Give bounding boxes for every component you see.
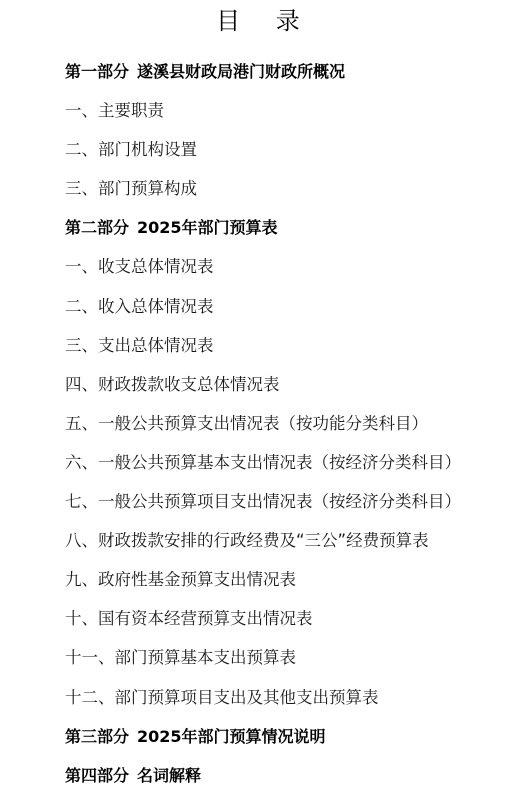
toc-item-table-1[interactable]: 一、收支总体情况表: [65, 254, 518, 293]
toc-item-number: 三、: [65, 179, 98, 198]
toc-item-table-10[interactable]: 十、国有资本经营预算支出情况表: [65, 606, 518, 645]
toc-part-number: 第一部分: [65, 62, 129, 81]
toc-item-number: 六、: [65, 453, 98, 472]
toc-item-title: 财政拨款安排的行政经费及“三公”经费预算表: [98, 531, 429, 550]
toc-item-table-12[interactable]: 十二、部门预算项目支出及其他支出预算表: [65, 685, 518, 724]
toc-part-title: 2025年部门预算表: [137, 218, 278, 237]
toc-item-number: 二、: [65, 297, 98, 316]
toc-item-table-9[interactable]: 九、政府性基金预算支出情况表: [65, 567, 518, 606]
toc-part-3[interactable]: 第三部分2025年部门预算情况说明: [65, 724, 518, 763]
toc-item-number: 七、: [65, 492, 98, 511]
toc-item-number: 九、: [65, 570, 98, 589]
toc-item-title: 部门预算构成: [98, 179, 197, 198]
toc-item-title: 收支总体情况表: [98, 257, 214, 276]
toc-item-number: 十一、: [65, 648, 115, 667]
toc-item-title: 一般公共预算项目支出情况表（按经济分类科目）: [98, 492, 461, 511]
toc-part-2[interactable]: 第二部分2025年部门预算表: [65, 215, 518, 254]
toc-part-title: 名词解释: [137, 766, 201, 785]
toc-item-title: 收入总体情况表: [98, 297, 214, 316]
toc-item-org-structure[interactable]: 二、部门机构设置: [65, 137, 518, 176]
toc-item-title: 一般公共预算支出情况表（按功能分类科目）: [98, 414, 428, 433]
toc-part-4[interactable]: 第四部分名词解释: [65, 763, 518, 802]
toc-item-table-5[interactable]: 五、一般公共预算支出情况表（按功能分类科目）: [65, 411, 518, 450]
toc-part-title: 2025年部门预算情况说明: [137, 727, 326, 746]
page-title: 目 录: [0, 4, 518, 38]
toc-item-number: 十二、: [65, 688, 115, 707]
toc-item-number: 二、: [65, 140, 98, 159]
toc-item-title: 主要职责: [98, 101, 164, 120]
toc-item-table-3[interactable]: 三、支出总体情况表: [65, 333, 518, 372]
toc-item-number: 十、: [65, 609, 98, 628]
toc-part-title: 遂溪县财政局港门财政所概况: [137, 62, 345, 81]
toc-item-number: 八、: [65, 531, 98, 550]
toc-item-table-4[interactable]: 四、财政拨款收支总体情况表: [65, 372, 518, 411]
toc-part-1[interactable]: 第一部分遂溪县财政局港门财政所概况: [65, 59, 518, 98]
toc-item-table-7[interactable]: 七、一般公共预算项目支出情况表（按经济分类科目）: [65, 489, 518, 528]
toc-item-title: 财政拨款收支总体情况表: [98, 375, 280, 394]
toc-item-table-11[interactable]: 十一、部门预算基本支出预算表: [65, 645, 518, 684]
toc-item-title: 部门机构设置: [98, 140, 197, 159]
toc-item-table-6[interactable]: 六、一般公共预算基本支出情况表（按经济分类科目）: [65, 450, 518, 489]
toc-item-budget-composition[interactable]: 三、部门预算构成: [65, 176, 518, 215]
toc-item-number: 一、: [65, 101, 98, 120]
toc-item-number: 四、: [65, 375, 98, 394]
toc-part-number: 第四部分: [65, 766, 129, 785]
toc-item-table-8[interactable]: 八、财政拨款安排的行政经费及“三公”经费预算表: [65, 528, 518, 567]
toc-item-title: 一般公共预算基本支出情况表（按经济分类科目）: [98, 453, 461, 472]
toc-item-title: 部门预算基本支出预算表: [115, 648, 297, 667]
toc-part-number: 第三部分: [65, 727, 129, 746]
toc-item-title: 部门预算项目支出及其他支出预算表: [115, 688, 379, 707]
toc-item-title: 政府性基金预算支出情况表: [98, 570, 296, 589]
toc-item-title: 支出总体情况表: [98, 336, 214, 355]
toc-item-main-duties[interactable]: 一、主要职责: [65, 98, 518, 137]
toc-item-title: 国有资本经营预算支出情况表: [98, 609, 313, 628]
toc-item-number: 一、: [65, 257, 98, 276]
table-of-contents: 第一部分遂溪县财政局港门财政所概况 一、主要职责 二、部门机构设置 三、部门预算…: [65, 59, 518, 802]
toc-part-number: 第二部分: [65, 218, 129, 237]
toc-item-number: 五、: [65, 414, 98, 433]
toc-item-table-2[interactable]: 二、收入总体情况表: [65, 294, 518, 333]
toc-item-number: 三、: [65, 336, 98, 355]
